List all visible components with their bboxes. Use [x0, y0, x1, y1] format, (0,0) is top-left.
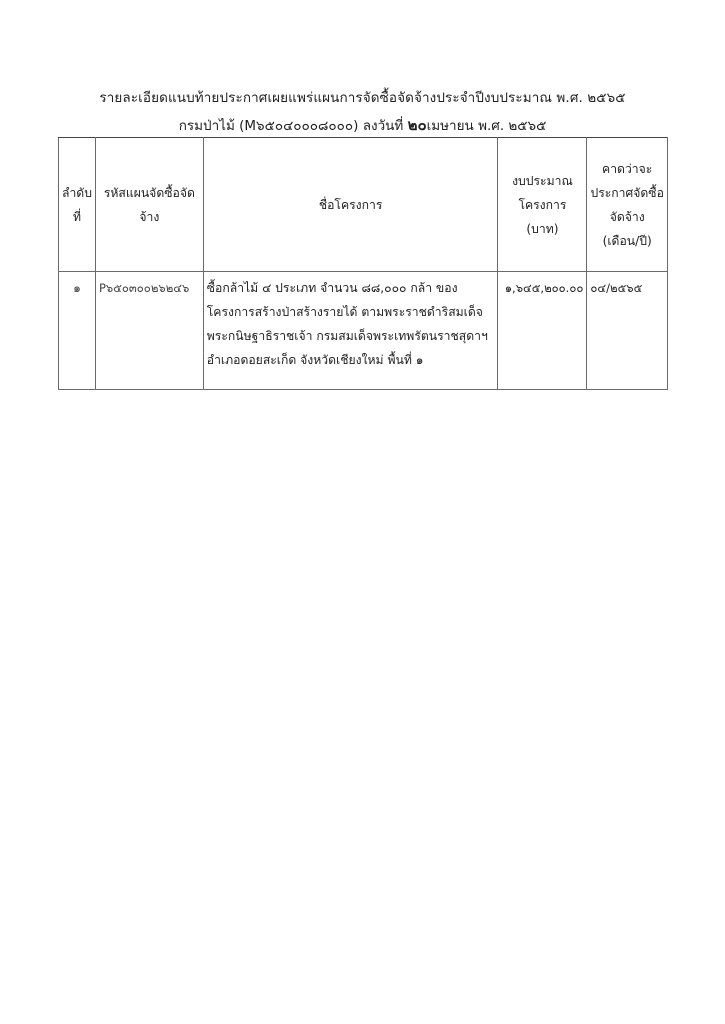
document-subtitle: กรมป่าไม้ (M๖๕๐๔๐๐๐๘๐๐๐) ลงวันที่ ๒๐เมษา…	[0, 113, 725, 137]
col-header-project-name: ชื่อโครงการ	[203, 138, 498, 272]
col-header-no: ลำดับที่	[59, 138, 96, 272]
table-row: ๑ P๖๕๐๓๐๐๒๖๒๔๖ ซื้อกล้าไม้ ๔ ประเภท จำนว…	[59, 272, 668, 390]
cell-plan-code: P๖๕๐๓๐๐๒๖๒๔๖	[95, 272, 203, 390]
procurement-plan-table: ลำดับที่ รหัสแผนจัดซื้อจัดจ้าง ชื่อโครงก…	[58, 137, 668, 390]
cell-no: ๑	[59, 272, 96, 390]
document-title: รายละเอียดแนบท้ายประกาศเผยแพร่แผนการจัดซ…	[0, 86, 725, 108]
col-header-plan-code: รหัสแผนจัดซื้อจัดจ้าง	[95, 138, 203, 272]
cell-project-name: ซื้อกล้าไม้ ๔ ประเภท จำนวน ๘๘,๐๐๐ กล้า ข…	[203, 272, 498, 390]
date-rest: เมษายน พ.ศ. ๒๕๖๕	[427, 118, 547, 134]
table-header-row: ลำดับที่ รหัสแผนจัดซื้อจัดจ้าง ชื่อโครงก…	[59, 138, 668, 272]
cell-budget: ๑,๖๔๕,๒๐๐.๐๐	[498, 272, 587, 390]
date-day: ๒๐	[408, 116, 427, 134]
col-header-expected-month: คาดว่าจะประกาศจัดซื้อจัดจ้าง (เดือน/ปี)	[587, 138, 668, 272]
cell-expected-month: ๐๔/๒๕๖๕	[587, 272, 668, 390]
col-header-budget: งบประมาณโครงการ (บาท)	[498, 138, 587, 272]
agency-label: กรมป่าไม้ (M๖๕๐๔๐๐๐๘๐๐๐) ลงวันที่	[179, 118, 404, 134]
